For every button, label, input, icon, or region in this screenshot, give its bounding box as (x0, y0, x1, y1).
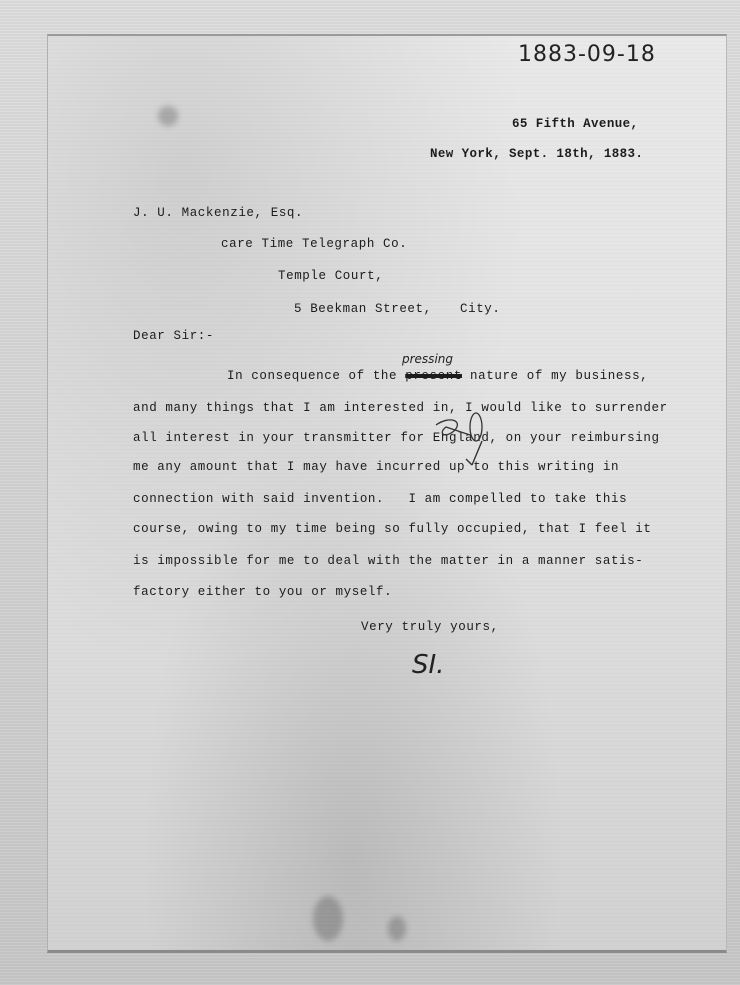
ink-smudge (313, 896, 343, 941)
recipient-company: care Time Telegraph Co. (221, 237, 407, 251)
body-line-4: me any amount that I may have incurred u… (133, 460, 619, 474)
handwritten-insertion: pressing (402, 352, 453, 366)
body-line-5: connection with said invention. I am com… (133, 492, 627, 506)
recipient-street: 5 Beekman Street, (294, 302, 432, 316)
closing: Very truly yours, (361, 620, 499, 634)
body-line-1: In consequence of the present nature of … (227, 369, 648, 383)
sender-address: 65 Fifth Avenue, (512, 117, 638, 131)
archive-date-annotation: 1883-09-18 (518, 42, 656, 67)
struck-word: present (405, 369, 462, 383)
body-line-2: and many things that I am interested in,… (133, 401, 668, 415)
salutation: Dear Sir:- (133, 329, 214, 343)
dateline: New York, Sept. 18th, 1883. (430, 147, 643, 161)
recipient-building: Temple Court, (278, 269, 383, 283)
recipient-name: J. U. Mackenzie, Esq. (133, 206, 303, 220)
ink-smudge (158, 106, 178, 126)
ink-smudge (388, 916, 406, 941)
handwritten-edit-marks (430, 405, 500, 475)
body-line-8: factory either to you or myself. (133, 585, 392, 599)
body-line-1-post: nature of my business, (462, 369, 648, 383)
recipient-city: City. (460, 302, 501, 316)
body-line-3: all interest in your transmitter for Eng… (133, 431, 660, 445)
signature: SI. (412, 650, 444, 680)
body-line-7: is impossible for me to deal with the ma… (133, 554, 643, 568)
body-line-6: course, owing to my time being so fully … (133, 522, 651, 536)
body-line-1-pre: In consequence of the (227, 369, 405, 383)
